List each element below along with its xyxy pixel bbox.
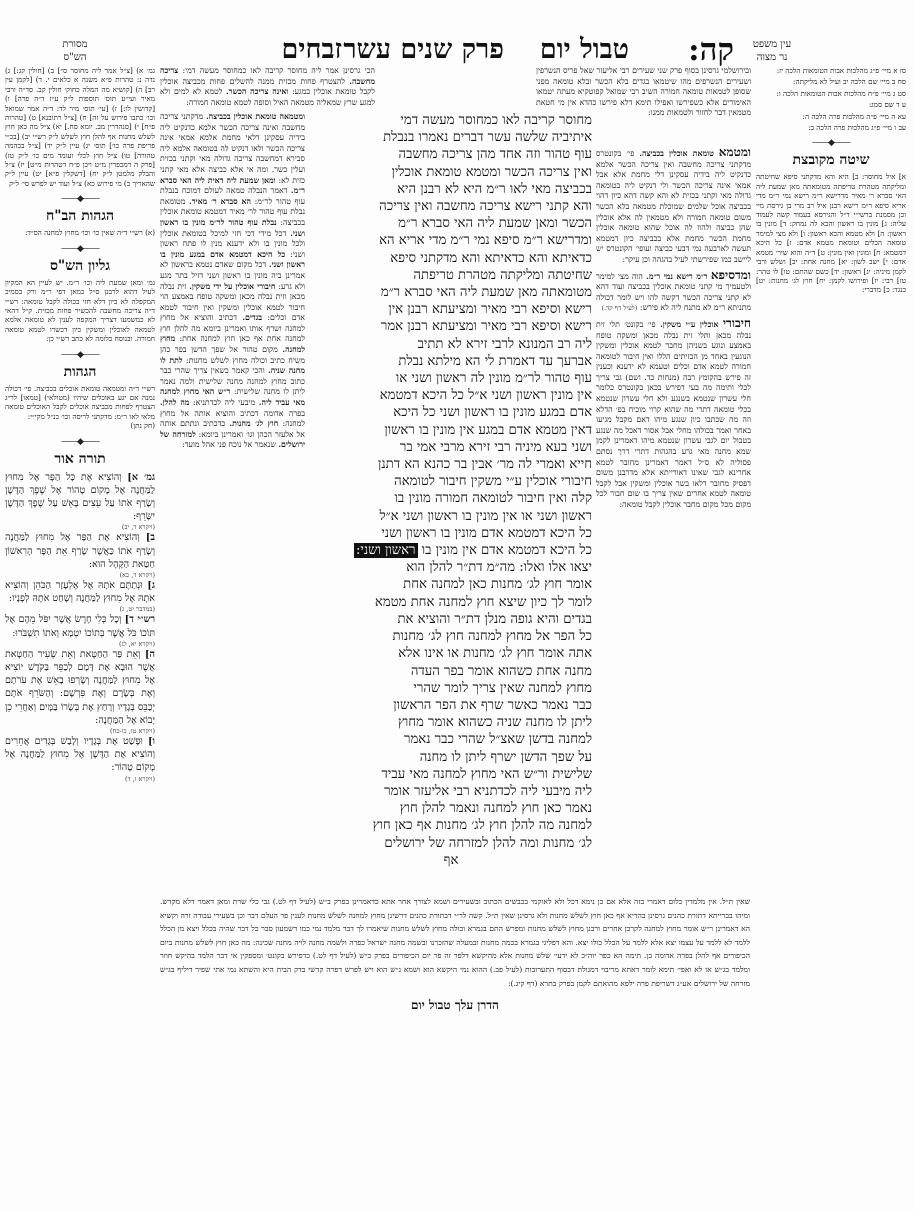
ein-mishpat-entry: סט ג מיי׳ פ״ח מהלכות אבות הטומאות הלכה ו… — [756, 89, 906, 98]
page-header: עין משפט נר מצוה קה: טבול יום פרק שנים ע… — [0, 38, 914, 60]
rashi-text: ומטמאה טומאת אוכלין בכביצה. מדקתני צריכה… — [160, 112, 305, 451]
masoret-hashas-column: גמ׳ א) [צ״ל אמר ליה מחוסר ס״] ב) [חולין … — [5, 66, 155, 783]
ornament-divider: ——◆—— — [5, 194, 155, 204]
verse-cite: (ויקרא ד, כא) — [5, 571, 155, 579]
torah-or-title: תורה אור — [5, 451, 155, 468]
ein-mishpat-entry: סז א מיי׳ פ״ג מהלכות אבות הטומאות הלכה י… — [756, 66, 906, 75]
tosafot-entry: חיבורי אוכלין ע״י משקין. פי׳ בקונט׳ תלי … — [596, 318, 751, 511]
bottom-commentary-text: שאין ת״ל. אין מלמדין כלום דאמרי בזה אלא … — [160, 895, 750, 990]
hagahot-text: רש״י ד״ה ומטמאה טומאת אוכלים בכביצה. פי׳… — [5, 384, 155, 422]
verse: ה] וְאֵת פַּר הַחַטָּאת וְאֵת שְׂעִיר הַ… — [5, 648, 155, 727]
verse-cite: (במדבר יט, ג) — [5, 605, 155, 613]
verse: ג] וּנְתַתֶּם אֹתָהּ אֶל אֶלְעָזָר הַכֹּ… — [5, 579, 155, 605]
masoret-entries: גמ׳ א) [צ״ל אמר ליה מחוסר ס״] ב) [חולין … — [5, 66, 155, 188]
tractate-section: טבול יום — [540, 34, 629, 65]
verse: ו] וּפָשַׁט אֶת בְּגָדָיו וְלָבַשׁ בְּגָ… — [5, 735, 155, 775]
verse: רש״י ד] וְכָל כְּלִי חֶרֶשׂ אֲשֶׁר יִפֹּ… — [5, 613, 155, 639]
gilyon-hashas-title: גליון הש"ס — [5, 258, 155, 275]
verse-cite: (ויקרא ו, ד) — [5, 775, 155, 783]
tosafot-column: ומטמא טומאת אוכלין בכביצה. פי׳ בקונטרס מ… — [596, 147, 751, 511]
shita-mekubetzet-text: א] איל מחוסר: ב] היא והא מדקתני סיפא שחי… — [756, 172, 906, 294]
daf-number: קה: — [688, 32, 734, 68]
ein-mishpat-entry: עב ו מיי׳ פ״ג מהלכות פרה הלכה ב: — [756, 123, 906, 132]
ornament-divider: ——◆—— — [756, 138, 906, 148]
verse-cite: (ויקרא ד, יב) — [5, 523, 155, 531]
verse-cite: (ויקרא טז, כו-כח) — [5, 727, 155, 735]
hagahot-title: הגהות — [5, 364, 155, 381]
tractate-title: זבחים — [282, 34, 342, 65]
torah-or-verses: גמ׳ א] וְהוֹצִיא אֶת כָּל הַפָּר אֶל מִח… — [5, 471, 155, 783]
rashi-column: ומטמאה טומאת אוכלין בכביצה. מדקתני צריכה… — [160, 112, 305, 451]
hagahot-habach-title: הגהות הב"ח — [5, 208, 155, 225]
hagahot-cite: (חק נתן) — [5, 421, 155, 430]
ein-mishpat-entry: עא ה מיי׳ פ״ה מהלכות פרה הלכה ה: — [756, 112, 906, 121]
ein-mishpat-label: עין משפט נר מצוה — [742, 38, 802, 64]
rashi-top-text: הכי גרסינן אמר ליה מחוסר קריבה לאו כמחוס… — [160, 66, 375, 108]
hagahot-habach-text: (א) רש״י ד״ה שאין כו׳ וכו׳ מחוץ למחנה הס… — [5, 228, 155, 237]
ein-mishpat-column: סז א מיי׳ פ״ג מהלכות אבות הטומאות הלכה י… — [756, 66, 906, 295]
hadran-line: הדרן עלך טבול יום — [160, 998, 750, 1013]
verse: גמ׳ א] וְהוֹצִיא אֶת כָּל הַפָּר אֶל מִח… — [5, 471, 155, 524]
ornament-divider: ——◆—— — [5, 437, 155, 447]
masoret-label: מסורת הש"ס — [50, 38, 100, 64]
gemara-text: מחוסר קריבה לאו כמחוסר מעשה דמי איתיביה … — [310, 112, 592, 869]
highlighted-text[interactable]: ראשון ושני: — [354, 543, 418, 558]
gilyon-hashas-text: גמ׳ ומאן שמעת ליה וכו׳ ר״מ. יש לעיין הא … — [5, 278, 155, 344]
gemara-block: מחוסר קריבה לאו כמחוסר מעשה דמי איתיביה … — [310, 112, 592, 869]
verse: ב] וְהוֹצִיא אֶת הַפָּר אֶל מִחוּץ לַמַּ… — [5, 531, 155, 571]
rashi-top: הכי גרסינן אמר ליה מחוסר קריבה לאו כמחוס… — [160, 66, 375, 108]
chapter-title: פרק שנים עשר — [343, 34, 504, 65]
ornament-divider: ——◆—— — [5, 350, 155, 360]
verse-cite: (ויקרא יא, לג) — [5, 640, 155, 648]
bottom-commentary: שאין ת״ל. אין מלמדין כלום דאמרי בזה אלא … — [160, 895, 750, 1013]
tosafot-entry: ומדסיפא ר״מ רישא נמי ר״מ. הוה מצי למימר … — [596, 270, 751, 314]
ein-mishpat-entry: סח ב מיי׳ שם הלכה יב ועיל לא מליקתה: — [756, 77, 906, 86]
ornament-divider: ——◆—— — [5, 244, 155, 254]
ein-mishpat-entry: ע ד שם סמג: — [756, 100, 906, 109]
shita-mekubetzet-title: שיטה מקובצת — [756, 152, 906, 169]
tosafot-entry: ומטמא טומאת אוכלין בכביצה. פי׳ בקונטרס מ… — [596, 147, 751, 266]
